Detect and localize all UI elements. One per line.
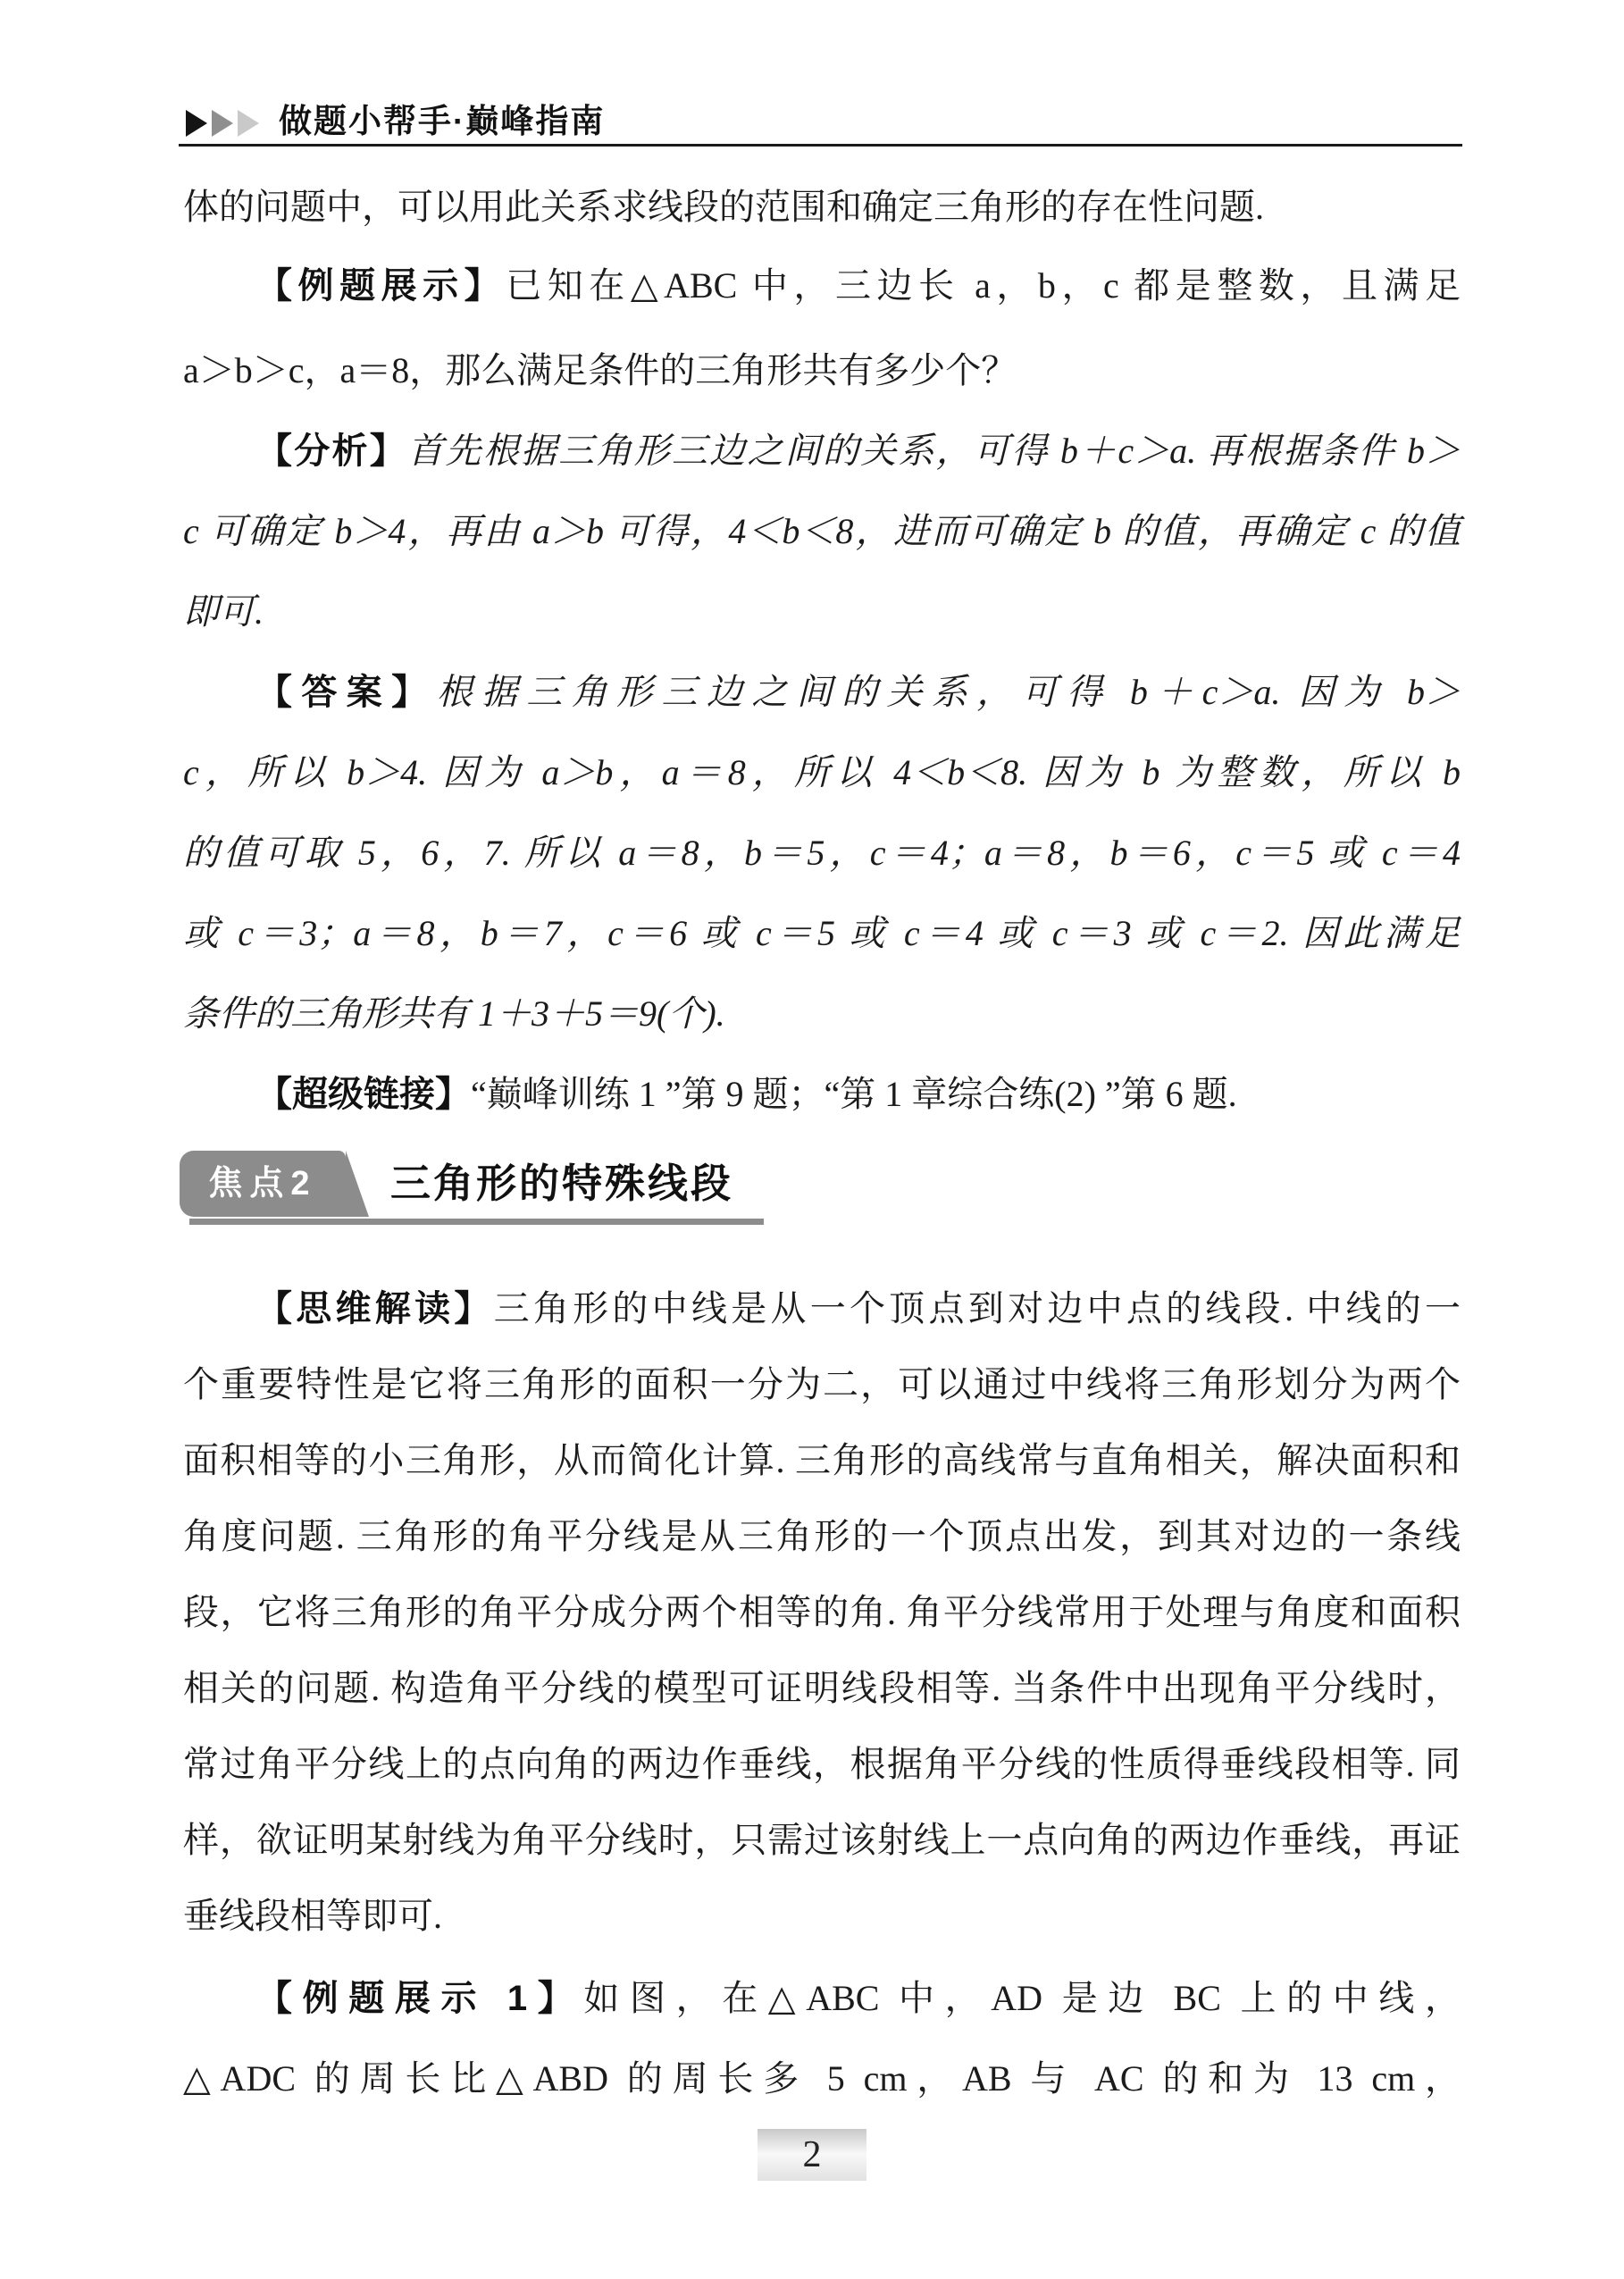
- focus-underline: [189, 1219, 764, 1225]
- interpretation-line-9: 垂线段相等即可.: [183, 1878, 1461, 1955]
- example1-label: 【例题展示 1】: [256, 1979, 583, 2018]
- page-number: 2: [758, 2129, 866, 2181]
- arrow-icon-gray: [212, 110, 233, 137]
- answer-line-2: c，所以 b＞4. 因为 a＞b，a＝8，所以 4＜b＜8. 因为 b 为整数，…: [183, 733, 1461, 813]
- focus-badge: 焦点2: [180, 1151, 346, 1217]
- example-line-1: 【例题展示】已知在△ABC 中，三边长 a，b，c 都是整数，且满足: [183, 246, 1461, 326]
- analysis-label: 【分析】: [256, 432, 407, 471]
- superlink-line: 【超级链接】“巅峰训练 1 ”第 9 题；“第 1 章综合练(2) ”第 6 题…: [183, 1054, 1461, 1135]
- arrow-icon-black: [186, 110, 207, 137]
- example1-line-2: △ADC 的周长比△ABD 的周长多 5 cm，AB 与 AC 的和为 13 c…: [183, 2039, 1461, 2119]
- interpretation-line-1: 【思维解读】三角形的中线是从一个顶点到对边中点的线段. 中线的一: [183, 1270, 1461, 1347]
- example-line-2: a＞b＞c，a＝8，那么满足条件的三角形共有多少个？: [183, 331, 1461, 411]
- interpretation-line-5: 段，它将三角形的角平分成分两个相等的角. 角平分线常用于处理与角度和面积: [183, 1574, 1461, 1651]
- analysis-line-1: 【分析】首先根据三角形三边之间的关系，可得 b＋c＞a. 再根据条件 b＞: [183, 411, 1461, 491]
- header-rule: [179, 144, 1462, 147]
- textbook-page: 做题小帮手·巅峰指南 体的问题中，可以用此关系求线段的范围和确定三角形的存在性问…: [0, 0, 1624, 2279]
- answer-line-5: 条件的三角形共有 1＋3＋5＝9(个).: [183, 974, 1461, 1054]
- interpretation-line-3: 面积相等的小三角形，从而简化计算. 三角形的高线常与直角相关，解决面积和: [183, 1422, 1461, 1499]
- answer-label: 【答案】: [256, 673, 437, 712]
- answer-line-3: 的值可取 5，6，7. 所以 a＝8，b＝5，c＝4；a＝8，b＝6，c＝5 或…: [183, 813, 1461, 893]
- answer-line-4: 或 c＝3；a＝8，b＝7，c＝6 或 c＝5 或 c＝4 或 c＝3 或 c＝…: [183, 893, 1461, 974]
- interpretation-label: 【思维解读】: [256, 1289, 494, 1328]
- analysis-line-3: 即可.: [183, 572, 1461, 652]
- example1-line-1: 【例题展示 1】如图，在△ABC 中，AD 是边 BC 上的中线，: [183, 1958, 1461, 2039]
- interpretation-line-8: 样，欲证明某射线为角平分线时，只需过该射线上一点向角的两边作垂线，再证: [183, 1802, 1461, 1879]
- intro-line: 体的问题中，可以用此关系求线段的范围和确定三角形的存在性问题.: [183, 167, 1461, 247]
- page-header-title: 做题小帮手·巅峰指南: [279, 100, 605, 143]
- example-label: 【例题展示】: [256, 266, 506, 306]
- arrow-icon-lightgray: [238, 110, 259, 137]
- focus-title: 三角形的特殊线段: [390, 1151, 733, 1217]
- interpretation-line-4: 角度问题. 三角形的角平分线是从三角形的一个顶点出发，到其对边的一条线: [183, 1498, 1461, 1575]
- interpretation-line-6: 相关的问题. 构造角平分线的模型可证明线段相等. 当条件中出现角平分线时，: [183, 1650, 1461, 1727]
- answer-line-1: 【答案】根据三角形三边之间的关系，可得 b＋c＞a. 因为 b＞: [183, 652, 1461, 733]
- interpretation-line-7: 常过角平分线上的点向角的两边作垂线，根据角平分线的性质得垂线段相等. 同: [183, 1726, 1461, 1803]
- triple-arrow-icon: [186, 110, 264, 137]
- analysis-line-2: c 可确定 b＞4，再由 a＞b 可得，4＜b＜8，进而可确定 b 的值，再确定…: [183, 491, 1461, 572]
- superlink-label: 【超级链接】: [256, 1075, 471, 1114]
- interpretation-line-2: 个重要特性是它将三角形的面积一分为二，可以通过中线将三角形划分为两个: [183, 1346, 1461, 1423]
